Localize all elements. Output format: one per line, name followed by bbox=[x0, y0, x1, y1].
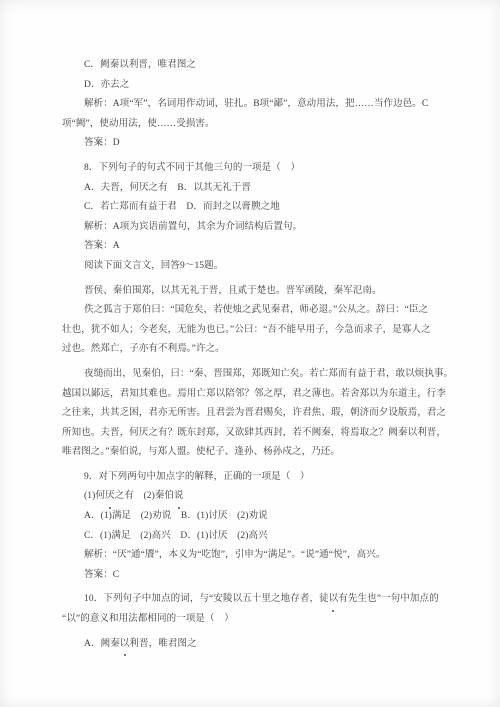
answer-line: 答案：A bbox=[62, 237, 446, 257]
option-line: A．阙秦以利晋，唯君图之 bbox=[62, 635, 446, 655]
analysis-line: 解析：“厌”通“餍”，本义为“吃饱”，引申为“满足”。“说”通“悦”，高兴。 bbox=[62, 546, 446, 566]
passage-line: 越国以鄙远，君知其难也。焉用亡郑以陪邻？邻之厚，君之薄也。若舍郑以为东道主，行李 bbox=[62, 385, 446, 405]
option-line: C．若亡郑而有益于君 D．而封之以膏腴之地 bbox=[62, 198, 446, 218]
analysis-line: 解析：A项为宾语前置句，其余为介词结构后置句。 bbox=[62, 218, 446, 238]
passage-line: 所知也。夫晋，何厌之有？既东封郑，又欲肆其西封，若不阙秦，将焉取之？阙秦以利晋， bbox=[62, 424, 446, 444]
option-line: A．(1)满足 (2)劝说 B．(1)讨厌 (2)劝说 bbox=[62, 507, 446, 527]
analysis-line: 项“阙”，使动用法，使……受损害。 bbox=[62, 115, 446, 135]
question-8-stem: 8．下列句子的句式不同于其他三句的一项是（ ） bbox=[62, 159, 446, 179]
answer-line: 答案：D bbox=[62, 134, 446, 154]
question-9-items: (1)何厌之有 (2)秦伯说 bbox=[62, 487, 446, 507]
emphasis-dot-char: 以 bbox=[120, 635, 130, 655]
emphasis-dot-char: 厌 bbox=[105, 487, 115, 507]
question-10-stem-cont: “以”的意义和用法都相同的一项是（ ） bbox=[62, 610, 446, 630]
question-10-stem: 10．下列句子中加点的词，与“安陵以五十里之地存者，徒以有先生也”一句中加点的 bbox=[62, 590, 446, 610]
passage-line: 晋侯、秦伯围郑，以其无礼于晋，且贰于楚也。晋军函陵，秦军氾南。 bbox=[62, 282, 446, 302]
exam-page: C．阙秦以利晋，唯君图之 D．亦去之 解析：A项“军”，名词用作动词，驻扎。B项… bbox=[0, 0, 500, 707]
passage-line: 过也。然郑亡，子亦有不利焉。”许之。 bbox=[62, 340, 446, 360]
reading-instruction: 阅读下面文言文，回答9～15题。 bbox=[62, 257, 446, 277]
option-line: A．夫晋，何厌之有 B．以其无礼于晋 bbox=[62, 179, 446, 199]
passage-line: 夜缒而出，见秦伯，曰：“秦、晋围郑，郑既知亡矣。若亡郑而有益于君，敢以烦执事。 bbox=[62, 365, 446, 385]
emphasis-dot-char: 说 bbox=[174, 487, 184, 507]
passage-line: 之往来，共其乏困，君亦无所害。且君尝为晋君赐矣，许君焦、瑕，朝济而夕设版焉，君之 bbox=[62, 404, 446, 424]
exam-text-block: C．阙秦以利晋，唯君图之 D．亦去之 解析：A项“军”，名词用作动词，驻扎。B项… bbox=[62, 56, 446, 654]
question-9-stem: 9．对下列两句中加点字的解释，正确的一项是（ ） bbox=[62, 468, 446, 488]
answer-line: 答案：C bbox=[62, 566, 446, 586]
passage-line: 壮也，犹不如人；今老矣，无能为也已。”公曰：“吾不能早用子，今急而求子，是寡人之 bbox=[62, 321, 446, 341]
analysis-line: 解析：A项“军”，名词用作动词，驻扎。B项“鄙”，意动用法，把……当作边邑。C bbox=[62, 95, 446, 115]
passage-line: 唯君图之。”秦伯说，与郑人盟。使杞子、逢孙、杨孙戍之，乃还。 bbox=[62, 443, 446, 463]
option-line: C．(1)满足 (2)高兴 D．(1)讨厌 (2)高兴 bbox=[62, 527, 446, 547]
option-line: D．亦去之 bbox=[62, 76, 446, 96]
option-line: C．阙秦以利晋，唯君图之 bbox=[62, 56, 446, 76]
emphasis-dot-char: 以 bbox=[329, 590, 339, 610]
passage-line: 佚之狐言于郑伯曰：“国危矣，若使烛之武见秦君，师必退。”公从之。辞曰：“臣之 bbox=[62, 301, 446, 321]
